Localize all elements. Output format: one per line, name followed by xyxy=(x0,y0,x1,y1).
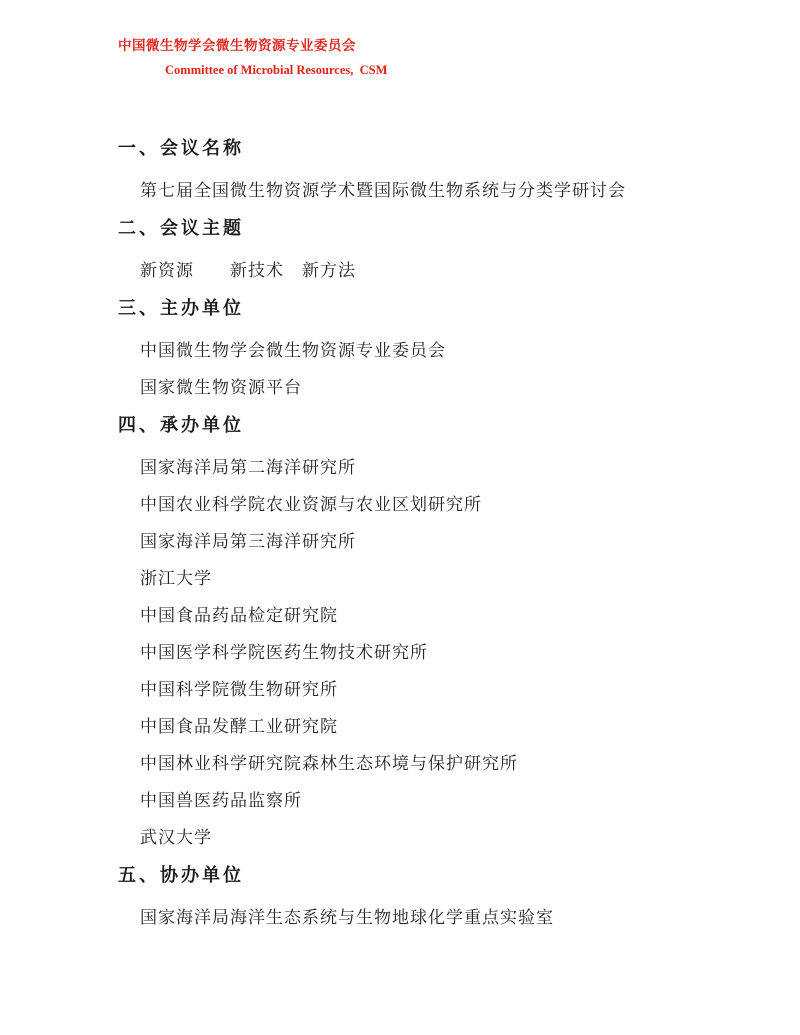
document-body: 一、会议名称 第七届全国微生物资源学术暨国际微生物系统与分类学研讨会 二、会议主… xyxy=(0,78,800,927)
body-line: 中国食品药品检定研究院 xyxy=(118,606,740,625)
body-line: 国家海洋局第二海洋研究所 xyxy=(118,458,740,477)
document-page: 中国微生物学会微生物资源专业委员会 Committee of Microbial… xyxy=(0,0,800,1035)
section-heading: 五、协办单位 xyxy=(118,865,740,885)
section-heading: 二、会议主题 xyxy=(118,218,740,238)
body-line: 国家海洋局第三海洋研究所 xyxy=(118,532,740,551)
section-heading: 三、主办单位 xyxy=(118,298,740,318)
section-host-units: 三、主办单位 中国微生物学会微生物资源专业委员会 国家微生物资源平台 xyxy=(118,298,740,397)
body-line: 中国林业科学研究院森林生态环境与保护研究所 xyxy=(118,754,740,773)
body-line: 国家微生物资源平台 xyxy=(118,378,740,397)
body-line: 中国农业科学院农业资源与农业区划研究所 xyxy=(118,495,740,514)
section-organizer-units: 四、承办单位 国家海洋局第二海洋研究所 中国农业科学院农业资源与农业区划研究所 … xyxy=(118,415,740,847)
section-heading: 一、会议名称 xyxy=(118,138,740,158)
body-line: 中国食品发酵工业研究院 xyxy=(118,717,740,736)
letterhead: 中国微生物学会微生物资源专业委员会 Committee of Microbial… xyxy=(0,0,800,78)
org-name-en: Committee of Microbial Resources, CSM xyxy=(165,63,800,78)
section-co-organizer-units: 五、协办单位 国家海洋局海洋生态系统与生物地球化学重点实验室 xyxy=(118,865,740,927)
body-line: 中国兽医药品监察所 xyxy=(118,791,740,810)
section-heading: 四、承办单位 xyxy=(118,415,740,435)
section-meeting-theme: 二、会议主题 新资源 新技术 新方法 xyxy=(118,218,740,280)
body-line: 国家海洋局海洋生态系统与生物地球化学重点实验室 xyxy=(118,908,740,927)
body-line: 第七届全国微生物资源学术暨国际微生物系统与分类学研讨会 xyxy=(118,181,740,200)
body-line: 中国医学科学院医药生物技术研究所 xyxy=(118,643,740,662)
body-line: 新资源 新技术 新方法 xyxy=(118,261,740,280)
body-line: 浙江大学 xyxy=(118,569,740,588)
body-line: 武汉大学 xyxy=(118,828,740,847)
body-line: 中国科学院微生物研究所 xyxy=(118,680,740,699)
section-meeting-name: 一、会议名称 第七届全国微生物资源学术暨国际微生物系统与分类学研讨会 xyxy=(118,138,740,200)
org-name-cn: 中国微生物学会微生物资源专业委员会 xyxy=(118,38,800,54)
body-line: 中国微生物学会微生物资源专业委员会 xyxy=(118,341,740,360)
